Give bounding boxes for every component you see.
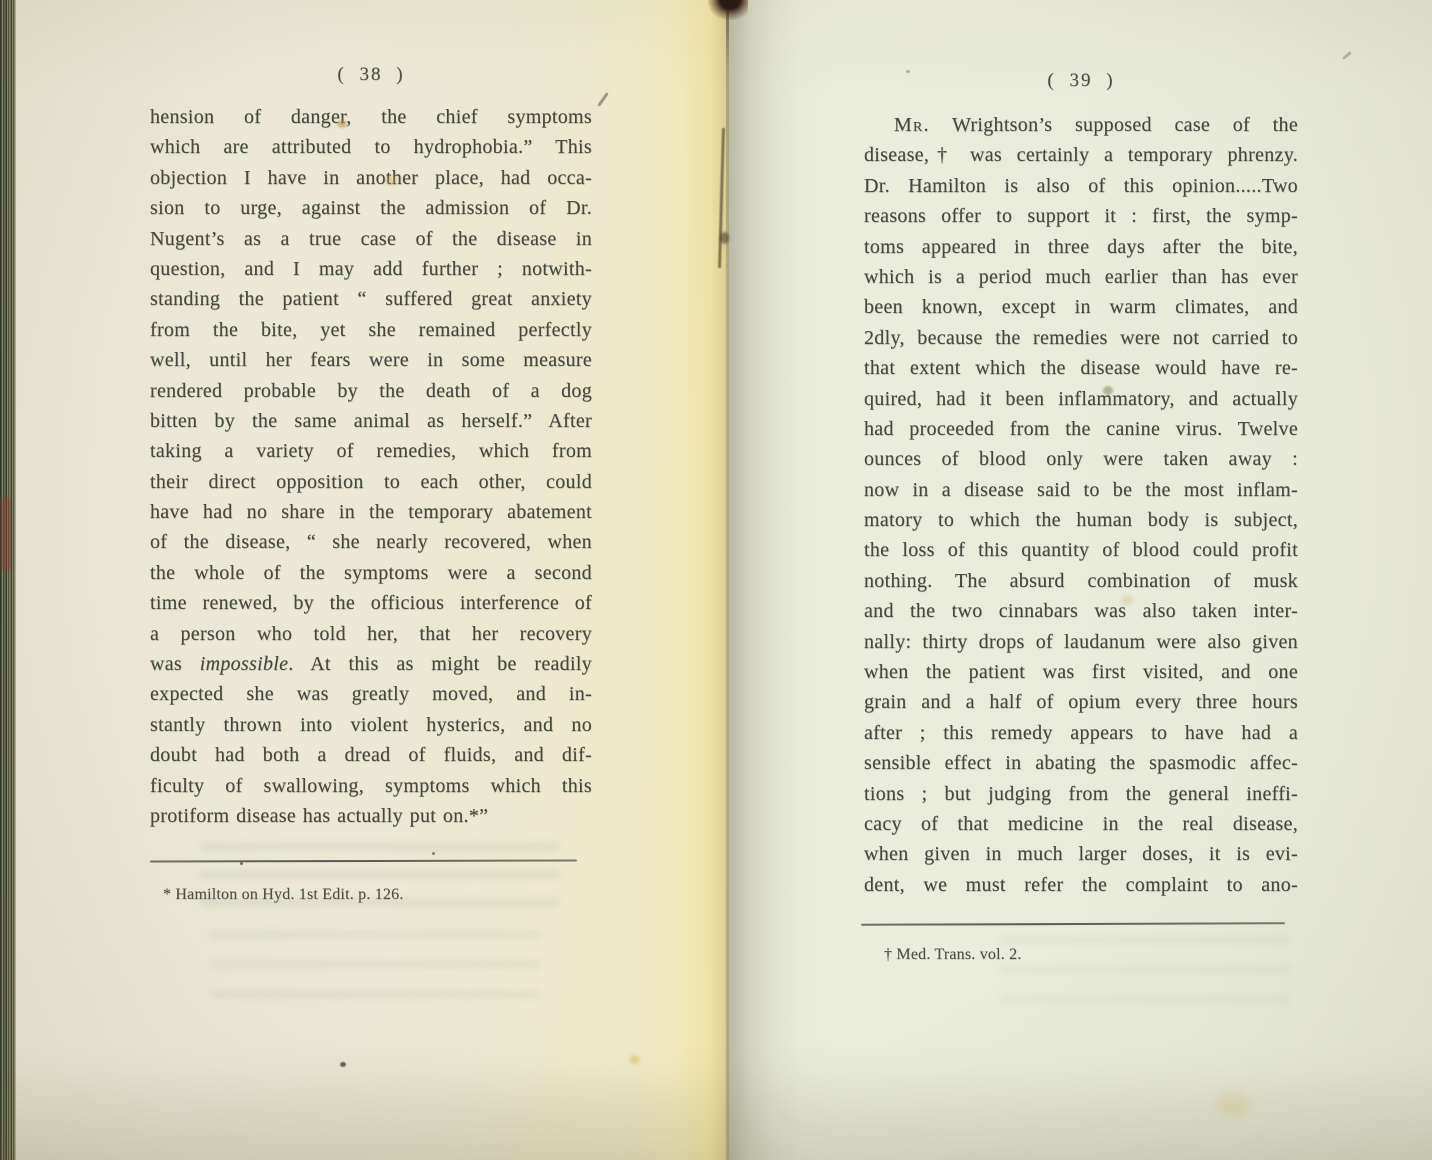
text-line: and the two cinnabars was also taken int… bbox=[864, 596, 1298, 626]
text-line: reasons offer to support it : first, the… bbox=[864, 201, 1298, 231]
text-line: when the patient was first visited, and … bbox=[864, 657, 1298, 687]
text-line: now in a disease said to be the most inf… bbox=[864, 475, 1298, 505]
text-line: a person who told her, that her recovery bbox=[150, 619, 592, 649]
text-line: Mr. Wrightson’s supposed case of the bbox=[864, 110, 1298, 140]
page-left-text: hension of danger, the chief symptomswhi… bbox=[150, 102, 592, 831]
text-line: matory to which the human body is subjec… bbox=[864, 505, 1298, 535]
text-line: Dr. Hamilton is also of this opinion....… bbox=[864, 171, 1298, 201]
text-line: protiform disease has actually put on.*” bbox=[150, 801, 592, 831]
text-line: expected she was greatly moved, and in- bbox=[150, 679, 592, 709]
fore-edge-page-stripes bbox=[0, 0, 16, 1160]
text-line: nothing. The absurd combination of musk bbox=[864, 566, 1298, 596]
text-line: well, until her fears were in some measu… bbox=[150, 345, 592, 375]
text-line: quired, had it been inflammatory, and ac… bbox=[864, 384, 1298, 414]
text-line: their direct opposition to each other, c… bbox=[150, 467, 592, 497]
text-line: from the bite, yet she remained perfectl… bbox=[150, 315, 592, 345]
text-line: hension of danger, the chief symptoms bbox=[150, 102, 592, 132]
text-line: tions ; but judging from the general ine… bbox=[864, 779, 1298, 809]
text-line: objection I have in another place, had o… bbox=[150, 163, 592, 193]
text-line: standing the patient “ suffered great an… bbox=[150, 284, 592, 314]
text-line: have had no share in the temporary abate… bbox=[150, 497, 592, 527]
text-line: that extent which the disease would have… bbox=[864, 353, 1298, 383]
footnote-right: † Med. Trans. vol. 2. bbox=[884, 946, 1022, 964]
page-number-right: ( 39 ) bbox=[864, 70, 1298, 92]
text-line: question, and I may add further ; notwit… bbox=[150, 254, 592, 284]
footnote-left: * Hamilton on Hyd. 1st Edit. p. 126. bbox=[163, 886, 404, 904]
text-line: taking a variety of remedies, which from bbox=[150, 436, 592, 466]
text-line: ficulty of swallowing, symptoms which th… bbox=[150, 771, 592, 801]
fore-edge-red-stripe bbox=[1, 498, 11, 570]
text-line: 2dly, because the remedies were not carr… bbox=[864, 323, 1298, 353]
text-line: the loss of this quantity of blood could… bbox=[864, 535, 1298, 565]
text-line: which is a period much earlier than has … bbox=[864, 262, 1298, 292]
text-line: toms appeared in three days after the bi… bbox=[864, 232, 1298, 262]
text-line: dent, we must refer the complaint to ano… bbox=[864, 870, 1298, 900]
text-line: bitten by the same animal as herself.” A… bbox=[150, 406, 592, 436]
book-scan: ( 38 ) ( 39 ) hension of danger, the chi… bbox=[0, 0, 1432, 1160]
text-line: of the disease, “ she nearly recovered, … bbox=[150, 527, 592, 557]
text-line: disease,† was certainly a temporary phre… bbox=[864, 140, 1298, 170]
text-line: was impossible. At this as might be read… bbox=[150, 649, 592, 679]
text-line: when given in much larger doses, it is e… bbox=[864, 839, 1298, 869]
binding-knot bbox=[720, 232, 729, 244]
text-line: had proceeded from the canine virus. Twe… bbox=[864, 414, 1298, 444]
text-line: rendered probable by the death of a dog bbox=[150, 376, 592, 406]
text-line: sion to urge, against the admission of D… bbox=[150, 193, 592, 223]
text-line: doubt had both a dread of fluids, and di… bbox=[150, 740, 592, 770]
text-line: after ; this remedy appears to have had … bbox=[864, 718, 1298, 748]
text-line: been known, except in warm climates, and bbox=[864, 292, 1298, 322]
text-line: sensible effect in abating the spasmodic… bbox=[864, 748, 1298, 778]
binding-thread bbox=[708, 0, 748, 20]
page-right-text: Mr. Wrightson’s supposed case of thedise… bbox=[864, 110, 1298, 900]
text-line: time renewed, by the officious interfere… bbox=[150, 588, 592, 618]
text-line: grain and a half of opium every three ho… bbox=[864, 687, 1298, 717]
text-line: the whole of the symptoms were a second bbox=[150, 558, 592, 588]
text-line: ounces of blood only were taken away : bbox=[864, 444, 1298, 474]
text-line: stantly thrown into violent hysterics, a… bbox=[150, 710, 592, 740]
text-line: Nugent’s as a true case of the disease i… bbox=[150, 224, 592, 254]
text-line: cacy of that medicine in the real diseas… bbox=[864, 809, 1298, 839]
text-line: which are attributed to hydrophobia.” Th… bbox=[150, 132, 592, 162]
page-number-left: ( 38 ) bbox=[150, 64, 592, 86]
text-line: nally: thirty drops of laudanum were als… bbox=[864, 627, 1298, 657]
